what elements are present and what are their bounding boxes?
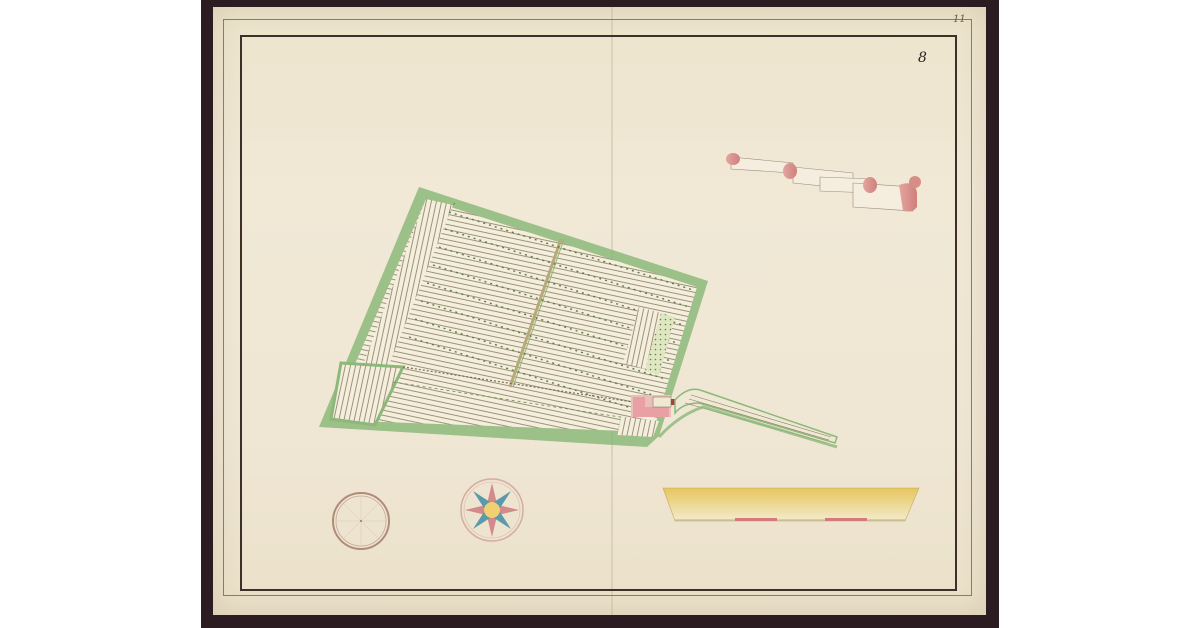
compass-rose (461, 479, 523, 541)
scale-circle (333, 493, 389, 549)
title-ribbon (726, 153, 921, 212)
map-drawing (213, 7, 986, 615)
map-sheet: 8 11 (213, 7, 986, 615)
scale-bar (663, 488, 919, 521)
access-road (659, 389, 837, 447)
image-viewer: 8 11 (201, 0, 999, 628)
